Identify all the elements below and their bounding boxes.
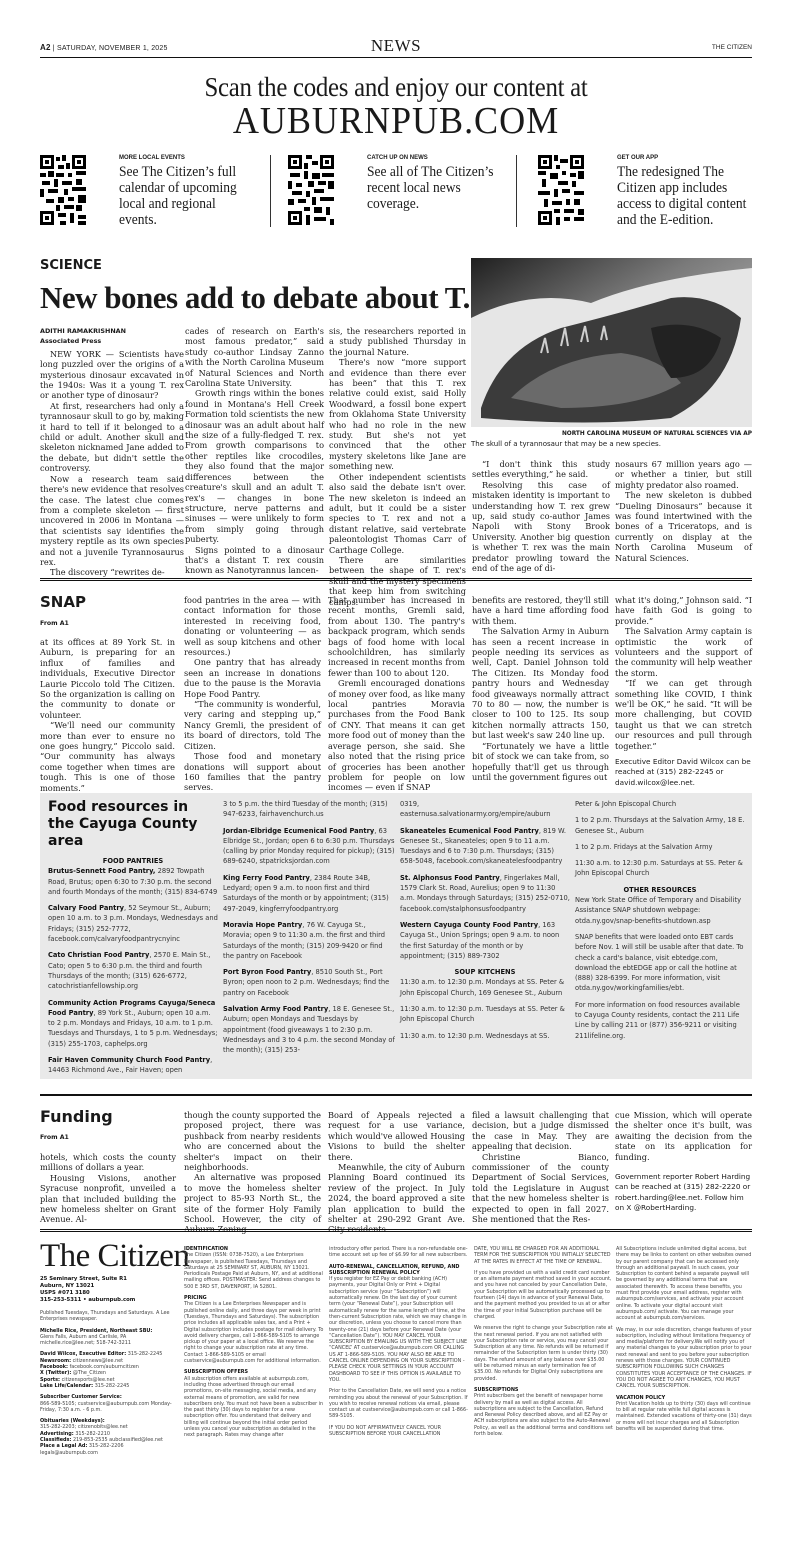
paragraph: “We'll need our community more than ever…	[40, 720, 175, 793]
pantry-entry: Cato Christian Food Pantry, 2570 E. Main…	[48, 950, 218, 991]
paragraph: Housing Visions, another Syracuse nonpro…	[40, 1173, 176, 1225]
pantry-entry: Community Action Programs Cayuga/Seneca …	[48, 998, 218, 1049]
byline: ADITHI RAMAKRISHNAN	[40, 326, 184, 336]
qr-code-icon[interactable]	[288, 155, 334, 225]
paragraph: The discovery “rewrites de-	[40, 567, 184, 577]
soup-entry: 11:30 a.m. to 12:30 p.m. Tuesdays at SS.…	[400, 1004, 570, 1025]
pantry-entry: 0319, easternusa.salvationarmy.org/empir…	[400, 799, 570, 820]
science-column-2: cades of research on Earth's most famous…	[185, 326, 324, 576]
section-kicker-science: SCIENCE	[40, 258, 102, 273]
paragraph: Meanwhile, the city of Auburn Planning B…	[328, 1162, 465, 1235]
paragraph: Christine Bianco, commissioner of the co…	[472, 1152, 609, 1225]
photo-caption: The skull of a tyrannosaur that may be a…	[471, 440, 752, 448]
paragraph: The Salvation Army captain is optimistic…	[615, 626, 752, 678]
paper-name: THE CITIZEN	[712, 44, 752, 51]
paragraph: though the county supported the proposed…	[184, 1110, 321, 1172]
pantry-entry: Calvary Food Pantry, 52 Seymour St., Aub…	[48, 903, 218, 944]
paragraph: Other independent scientists also said t…	[329, 472, 466, 555]
paragraph: cades of research on Earth's most famous…	[185, 326, 324, 388]
legal-text: Print Vacation holds up to thirty (30) d…	[616, 1401, 754, 1432]
funding-column-4: filed a lawsuit challenging that decisio…	[472, 1110, 609, 1224]
paragraph: Board of Appeals rejected a request for …	[328, 1110, 465, 1162]
section-divider	[40, 1229, 752, 1232]
paragraph: cue Mission, which will operate the shel…	[615, 1110, 752, 1162]
science-headline[interactable]: New bones add to debate about T. rex	[40, 280, 518, 316]
funding-column-2: though the county supported the proposed…	[184, 1110, 321, 1235]
funding-column-1: hotels, which costs the county millions …	[40, 1152, 176, 1225]
soup-entry: 11:30 a.m. to 12:30 p.m. Saturdays at SS…	[575, 858, 745, 879]
paragraph: Resolving this case of mistaken identity…	[472, 480, 610, 574]
promo-kicker: CATCH UP ON NEWS	[367, 155, 428, 161]
pantry-entry: Brutus-Sennett Food Pantry, 2892 Towpath…	[48, 866, 218, 897]
food-resources-title: Food resources in the Cayuga County area	[48, 799, 218, 850]
food-resources-box: Food resources in the Cayuga County area…	[40, 793, 752, 1079]
paragraph: food pantries in the area — with contact…	[184, 595, 321, 657]
pantry-entry: Skaneateles Ecumenical Food Pantry, 819 …	[400, 826, 570, 867]
legal-text: IF YOU DO NOT AFFIRMATIVELY CANCEL YOUR …	[329, 1425, 469, 1438]
food-column-4: Peter & John Episcopal Church 1 to 2 p.m…	[575, 799, 745, 1047]
agency: Associated Press	[40, 336, 184, 346]
paragraph: Signs pointed to a dinosaur that's a dis…	[185, 545, 324, 576]
pantry-entry: Western Cayuga County Food Pantry, 163 C…	[400, 920, 570, 961]
publishing-note: Published Tuesdays, Thursdays and Saturd…	[40, 1310, 178, 1323]
section-divider	[40, 1094, 752, 1096]
resource-entry: SNAP benefits that were loaded onto EBT …	[575, 932, 745, 994]
qr-code-icon[interactable]	[40, 155, 86, 225]
science-column-4: “I don't think this study settles everyt…	[472, 459, 610, 573]
masthead-address: 25 Seminary Street, Suite R1 Auburn, NY …	[40, 1276, 178, 1304]
pantry-entry: Salvation Army Food Pantry, 18 E. Genese…	[223, 1004, 395, 1055]
promo-text: The redesigned The Citizen app includes …	[617, 164, 752, 228]
snap-column-3: That number has increased in recent mont…	[328, 595, 465, 793]
contact: Lake Life/Calendar: 315-282-2245	[40, 1383, 178, 1389]
food-column-3: 0319, easternusa.salvationarmy.org/empir…	[400, 799, 570, 1047]
science-column-1: ADITHI RAMAKRISHNAN Associated Press NEW…	[40, 326, 184, 578]
paragraph: Growth rings within the bones found in M…	[185, 388, 324, 544]
pantry-entry: 3 to 5 p.m. the third Tuesday of the mon…	[223, 799, 395, 820]
jump-from: From A1	[40, 620, 69, 627]
soup-entry: 1 to 2 p.m. Fridays at the Salvation Arm…	[575, 842, 745, 852]
promo-kicker: MORE LOCAL EVENTS	[119, 155, 185, 161]
promo-events[interactable]: MORE LOCAL EVENTS See The Citizen’s full…	[40, 155, 280, 229]
snap-column-4: benefits are restored, they'll still hav…	[472, 595, 609, 782]
snap-column-2: food pantries in the area — with contact…	[184, 595, 321, 793]
paragraph: hotels, which costs the county millions …	[40, 1152, 176, 1173]
science-column-3: sis, the researchers reported in a study…	[329, 326, 466, 607]
paragraph: benefits are restored, they'll still hav…	[472, 595, 609, 626]
paragraph: “Fortunately we have a little bit of sto…	[472, 741, 609, 783]
contact: Subscriber Customer Service:866-589-5105…	[40, 1394, 178, 1413]
page-header: A2 | SATURDAY, NOVEMBER 1, 2025 NEWS THE…	[40, 38, 752, 58]
promo-app[interactable]: GET OUR APP The redesigned The Citizen a…	[538, 155, 778, 229]
paragraph: At first, researchers had only a tyranno…	[40, 401, 184, 474]
paragraph: “The community is wonderful, very caring…	[184, 699, 321, 751]
funding-column-3: Board of Appeals rejected a request for …	[328, 1110, 465, 1235]
legal-text: If you register for EZ Pay or debit bank…	[329, 1276, 469, 1383]
paragraph: sis, the researchers reported in a study…	[329, 326, 466, 357]
promo-text: See all of The Citizen’s recent local ne…	[367, 164, 502, 212]
legal-text: introductory offer period. There is a no…	[329, 1246, 469, 1259]
legal-text: Print subscribers get the benefit of new…	[474, 1393, 614, 1437]
divider	[516, 155, 517, 227]
paragraph: Those food and monetary donations will s…	[184, 751, 321, 793]
soup-entry: 11:30 a.m. to 12:30 p.m. Mondays at SS. …	[400, 977, 570, 998]
promo-kicker: GET OUR APP	[617, 155, 658, 161]
paragraph: The Salvation Army in Auburn has seen a …	[472, 626, 609, 740]
legal-column-3: DATE, YOU WILL BE CHARGED FOR AN ADDITIO…	[474, 1246, 614, 1442]
soup-kitchens-header: SOUP KITCHENS	[400, 967, 570, 977]
paragraph: NEW YORK — Scientists have long puzzled …	[40, 349, 184, 401]
contact: Michelle Rice, President, Northeast SBU:…	[40, 1328, 178, 1347]
resource-entry: For more information on food resources a…	[575, 1000, 745, 1041]
author-tagline: Executive Editor David Wilcox can be rea…	[615, 757, 752, 788]
legal-column-1: IDENTIFICATIONThe Citizen (ISSN: 0738-75…	[184, 1246, 324, 1444]
pantry-entry: Fair Haven Community Church Food Pantry,…	[48, 1055, 218, 1076]
soup-entry: 1 to 2 p.m. Thursdays at the Salvation A…	[575, 815, 745, 836]
pantry-entry: Port Byron Food Pantry, 8510 South St., …	[223, 967, 395, 998]
legal-text: The Citizen (ISSN: 0738-7520), a Lee Ent…	[184, 1252, 324, 1290]
paragraph: “I don't think this study settles everyt…	[472, 459, 610, 480]
pantry-entry: St. Alphonsus Food Pantry, Fingerlakes M…	[400, 873, 570, 914]
section-kicker-snap: SNAP	[40, 593, 86, 611]
soup-entry: Peter & John Episcopal Church	[575, 799, 745, 809]
paragraph: That number has increased in recent mont…	[328, 595, 465, 678]
legal-text: We may, in our sole discretion, change f…	[616, 1327, 754, 1390]
legal-text: The Citizen is a Lee Enterprises Newspap…	[184, 1301, 324, 1364]
snap-column-5: what it's doing,” Johnson said. “I have …	[615, 595, 752, 788]
legal-text: All subscription offers available at aub…	[184, 1376, 324, 1439]
photo-credit: NORTH CAROLINA MUSEUM OF NATURAL SCIENCE…	[471, 431, 752, 437]
pantry-entry: King Ferry Food Pantry, 2384 Route 34B, …	[223, 873, 395, 914]
food-column-2: 3 to 5 p.m. the third Tuesday of the mon…	[223, 799, 395, 1062]
paragraph: There's now “more support and evidence t…	[329, 357, 466, 471]
tyrannosaur-skull-photo	[471, 258, 752, 427]
legal-text: Prior to the Cancellation Date, we will …	[329, 1388, 469, 1419]
paragraph: Now a research team said there's new evi…	[40, 474, 184, 568]
paragraph: what it's doing,” Johnson said. “I have …	[615, 595, 752, 626]
section-divider	[40, 578, 752, 581]
food-column-1: Food resources in the Cayuga County area…	[48, 799, 218, 1082]
legal-heading: AUTO-RENEWAL, CANCELLATION, REFUND, AND …	[329, 1264, 469, 1277]
qr-code-icon[interactable]	[538, 155, 584, 225]
resource-entry: New York State Office of Temporary and D…	[575, 895, 745, 926]
jump-from: From A1	[40, 1134, 69, 1141]
legal-text: DATE, YOU WILL BE CHARGED FOR AN ADDITIO…	[474, 1246, 614, 1265]
promo-text: See The Citizen’s full calendar of upcom…	[119, 164, 254, 228]
promo-news[interactable]: CATCH UP ON NEWS See all of The Citizen’…	[288, 155, 528, 229]
paragraph: “If we can get through something like CO…	[615, 678, 752, 751]
science-column-5: nosaurs 67 million years ago — or whethe…	[615, 459, 752, 563]
paragraph: Gremli encouraged donations of money ove…	[328, 678, 465, 792]
paragraph: An alternative was proposed to move the …	[184, 1172, 321, 1234]
paragraph: nosaurs 67 million years ago — or whethe…	[615, 459, 752, 490]
legal-text: All Subscriptions include unlimited digi…	[616, 1246, 754, 1322]
divider	[270, 155, 271, 227]
masthead-info: 25 Seminary Street, Suite R1 Auburn, NY …	[40, 1276, 178, 1456]
paragraph: The new skeleton is dubbed “Dueling Dino…	[615, 490, 752, 563]
section-name: NEWS	[40, 36, 752, 56]
masthead-logo: The Citizen	[40, 1238, 189, 1275]
snap-column-1: at its offices at 89 York St. in Auburn,…	[40, 637, 175, 804]
food-pantries-header: FOOD PANTRIES	[48, 856, 218, 866]
legal-text: We reserve the right to change your Subs…	[474, 1325, 614, 1382]
contact: Obituaries (Weekdays):315-282-2203; citi…	[40, 1418, 178, 1431]
soup-entry: 11:30 a.m. to 12:30 p.m. Wednesdays at S…	[400, 1031, 570, 1041]
legal-text: If you have provided us with a valid cre…	[474, 1270, 614, 1320]
pantry-entry: Moravia Hope Pantry, 76 W. Cayuga St., M…	[223, 920, 395, 961]
promo-url[interactable]: AUBURNPUB.COM	[20, 99, 772, 143]
other-resources-header: OTHER RESOURCES	[575, 885, 745, 895]
section-kicker-funding: Funding	[40, 1107, 113, 1126]
contact: Place a Legal Ad: 315-282-2206 legals@au…	[40, 1443, 178, 1456]
paragraph: filed a lawsuit challenging that decisio…	[472, 1110, 609, 1152]
pantry-entry: Jordan-Elbridge Ecumenical Food Pantry, …	[223, 826, 395, 867]
legal-column-4: All Subscriptions include unlimited digi…	[616, 1246, 754, 1437]
paragraph: One pantry that has already seen an incr…	[184, 657, 321, 699]
paragraph: at its offices at 89 York St. in Auburn,…	[40, 637, 175, 720]
legal-column-2: introductory offer period. There is a no…	[329, 1246, 469, 1442]
author-tagline: Government reporter Robert Harding can b…	[615, 1172, 752, 1213]
fossil-image	[471, 258, 752, 427]
funding-column-5: cue Mission, which will operate the shel…	[615, 1110, 752, 1213]
